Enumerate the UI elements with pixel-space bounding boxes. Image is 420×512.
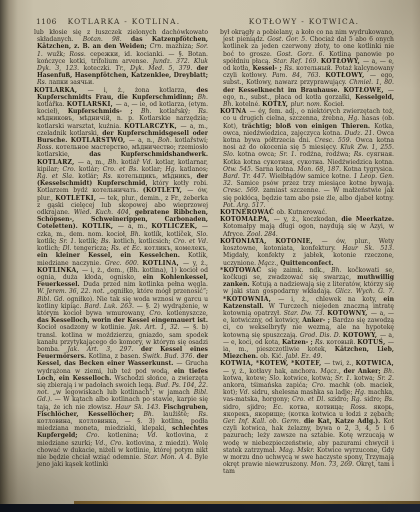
- dictionary-paragraph: KOTOMAŁPA, — y, ż., koczkodan, die Meerk…: [220, 216, 394, 238]
- running-header: 1106 KOTLARKA - KOTLINA. KOTŁOWY - KOTWI…: [34, 17, 394, 26]
- dictionary-paragraph: KOTNA — éy, fem. adj., o niektórych zwie…: [220, 108, 394, 209]
- dictionary-paragraph: *KOTOWAĆ się zaimk. ndk., Bh. kočkowati …: [220, 267, 394, 361]
- dictionary-paragraph: KOTLARKA, — i, ż., żona kotlarza, des Ku…: [34, 87, 208, 469]
- page-number: 1106: [36, 17, 57, 26]
- desk-shadow: [0, 504, 420, 512]
- header-right-title: KOTŁOWY - KOTWICA.: [249, 17, 360, 26]
- left-column: lub kłosie się z łuszczek zielonych dach…: [34, 29, 208, 500]
- header-left-half: 1106 KOTLARKA - KOTLINA.: [34, 17, 214, 26]
- text-columns: lub kłosie się z łuszczek zielonych dach…: [34, 29, 394, 500]
- dictionary-paragraph: KOTNEROWAĆ ob. Kutnerować.: [220, 209, 394, 216]
- dictionary-paragraph: KOTONIATA, KOTONIE, — ów, plur., Wety ko…: [220, 238, 394, 267]
- header-right-half: KOTŁOWY - KOTWICA.: [214, 17, 394, 26]
- scanned-book-page: 1106 KOTLARKA - KOTLINA. KOTŁOWY - KOTWI…: [0, 0, 420, 512]
- dictionary-paragraph: KOTWIA, *KOTEW, *KOTEF, — twi, ż., KOTWI…: [220, 360, 394, 475]
- dictionary-paragraph: był okrągły a pobielany, a koło co na ni…: [220, 29, 394, 108]
- header-left-title: KOTLARKA - KOTLINA.: [68, 17, 181, 26]
- dictionary-paragraph: lub kłosie się z łuszczek zielonych dach…: [34, 29, 208, 87]
- right-column: był okrągły a pobielany, a koło co na ni…: [220, 29, 394, 500]
